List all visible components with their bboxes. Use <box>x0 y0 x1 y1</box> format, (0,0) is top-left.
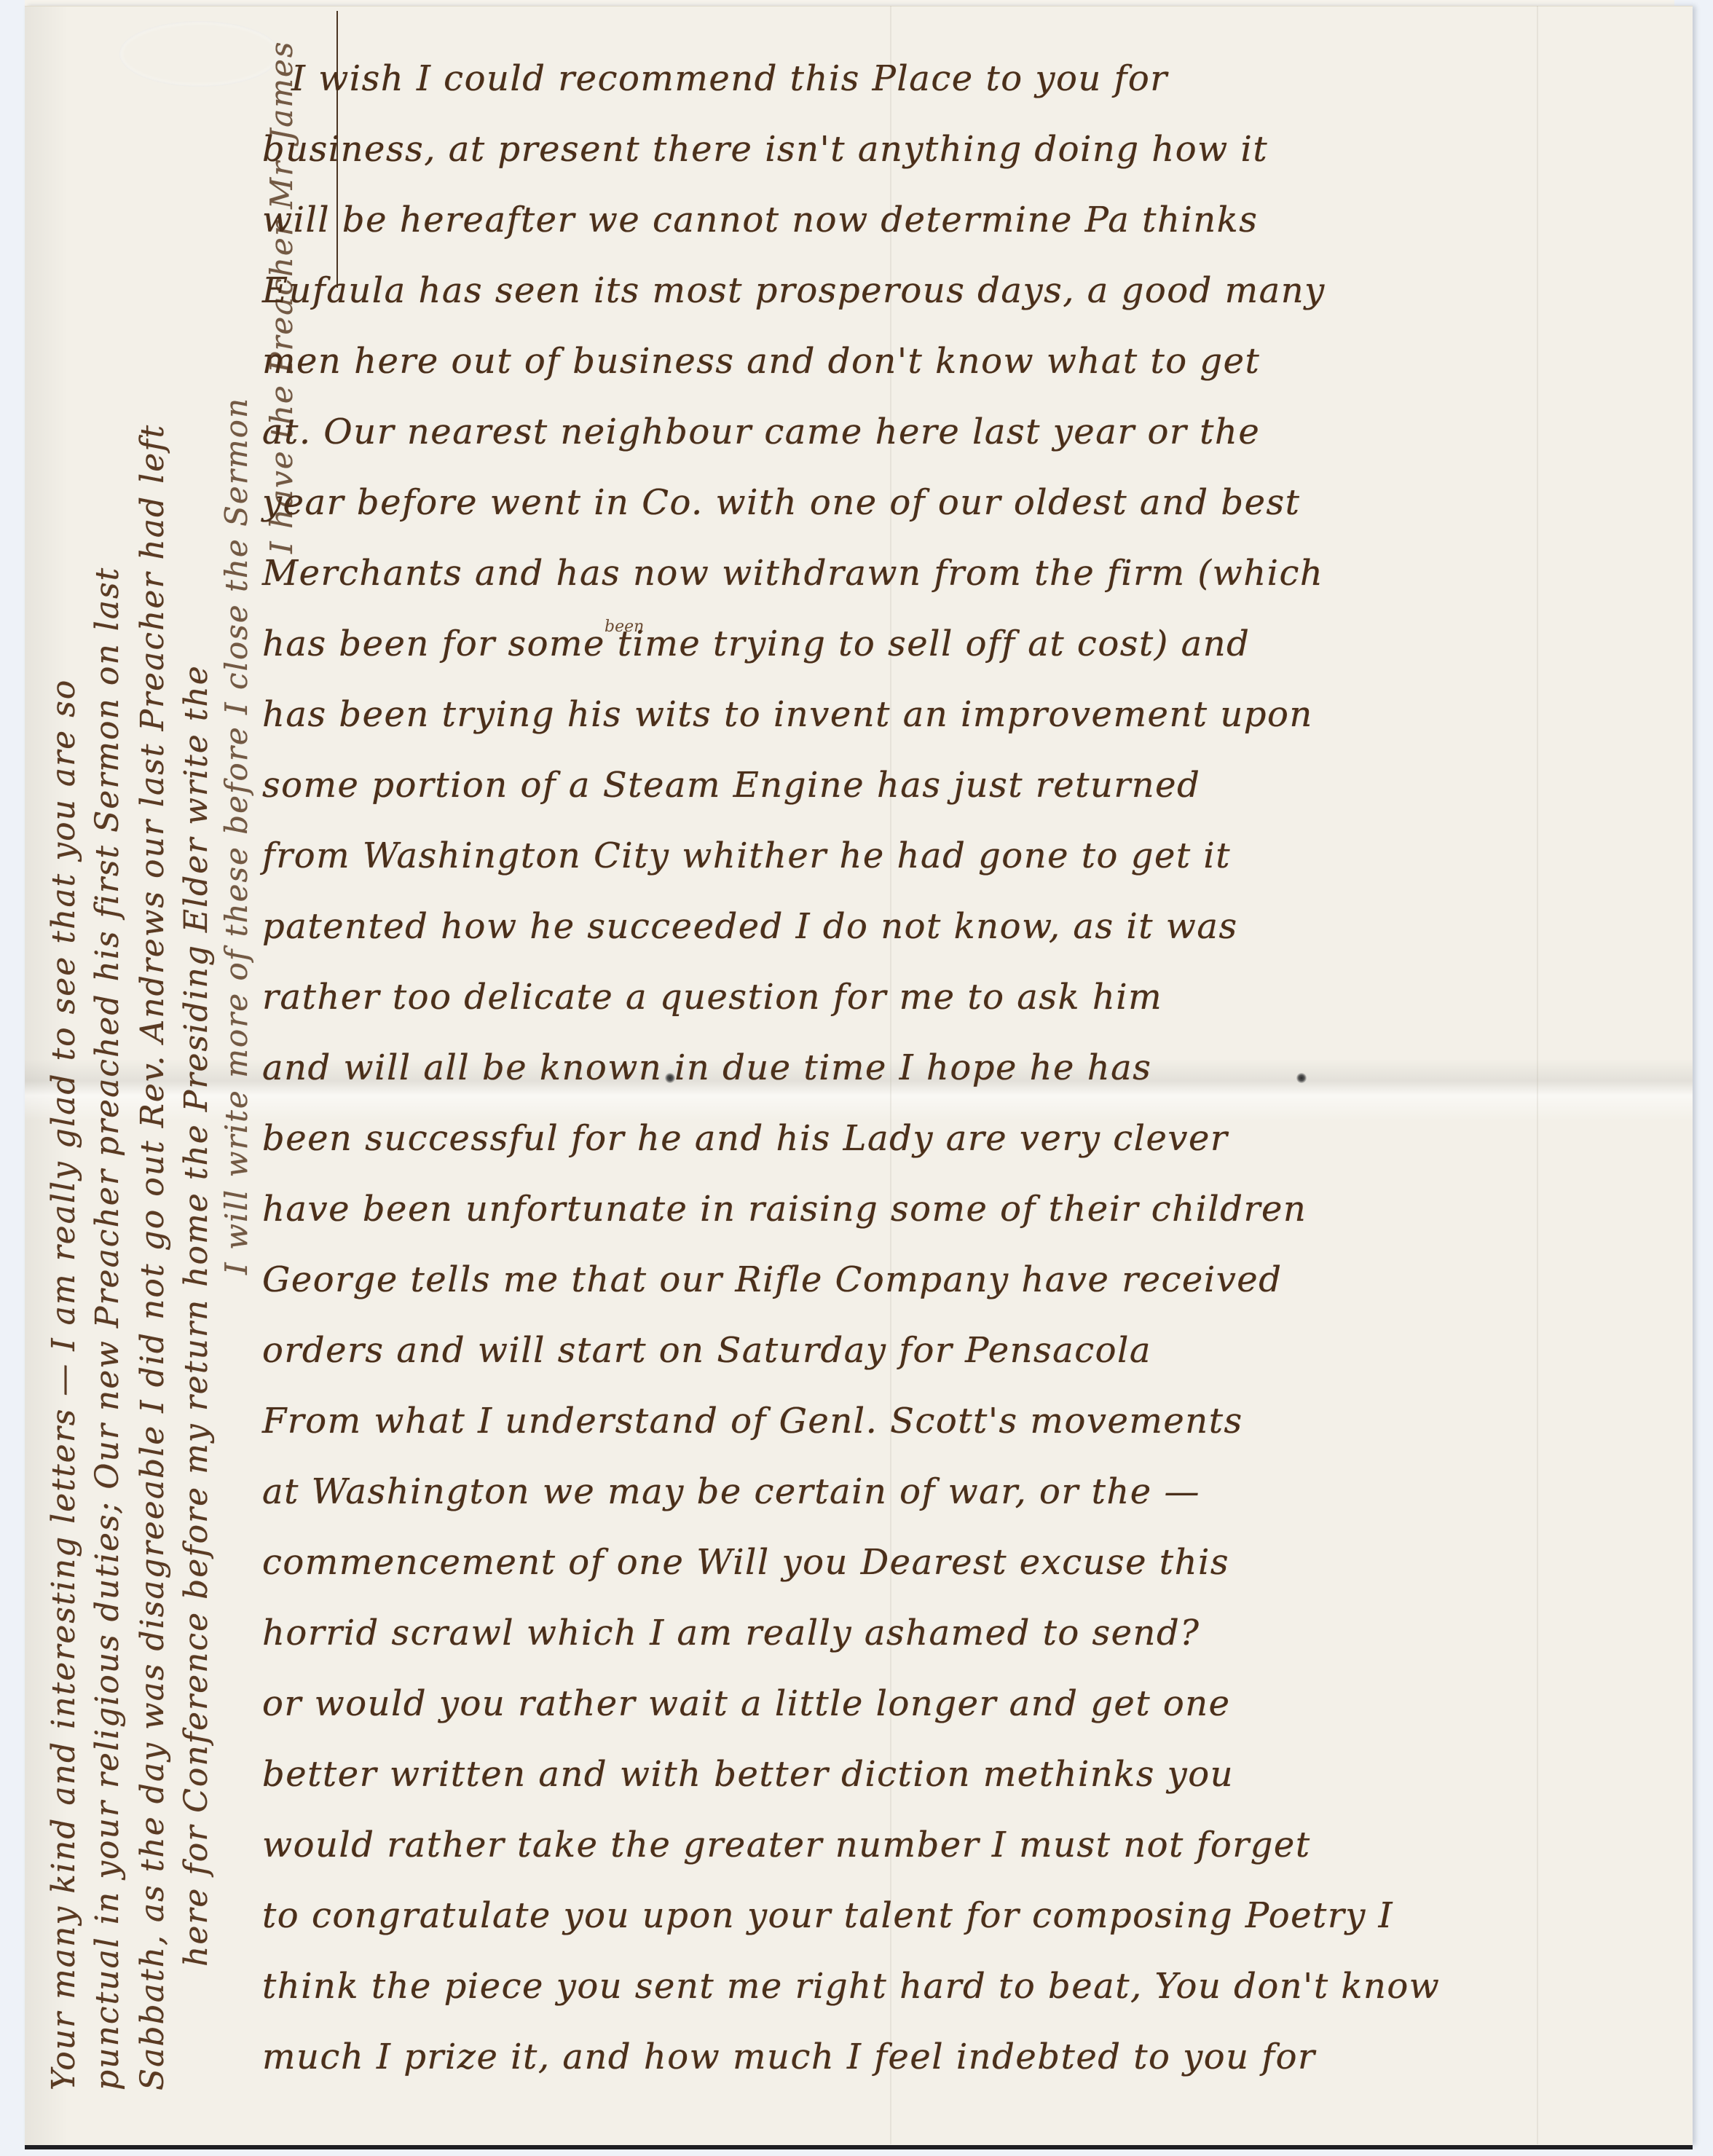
letter-line: to congratulate you upon your talent for… <box>262 1881 1653 1951</box>
letter-line: have been unfortunate in raising some of… <box>262 1174 1653 1245</box>
margin-text-column: Sabbath, as the day was disagreeable I d… <box>134 424 171 2090</box>
letter-line: George tells me that our Rifle Company h… <box>262 1245 1653 1315</box>
letter-line: or would you rather wait a little longer… <box>262 1669 1653 1739</box>
letter-line: would rather take the greater number I m… <box>262 1810 1653 1881</box>
letter-line: horrid scrawl which I am really ashamed … <box>262 1598 1653 1669</box>
letter-line: men here out of business and don't know … <box>262 326 1653 397</box>
letter-line: Merchants and has now withdrawn from the… <box>262 538 1653 609</box>
margin-text-column: here for Conference before my return hom… <box>178 664 215 1967</box>
letter-line: year before went in Co. with one of our … <box>262 468 1653 538</box>
margin-text-column: punctual in your religious duties; Our n… <box>89 567 126 2090</box>
letter-line: will be hereafter we cannot now determin… <box>262 185 1653 256</box>
letter-line: from Washington City whither he had gone… <box>262 821 1653 892</box>
letter-line: at. Our nearest neighbour came here last… <box>262 397 1653 468</box>
letter-line: some portion of a Steam Engine has just … <box>262 750 1653 821</box>
letter-line: patented how he succeeded I do not know,… <box>262 892 1653 962</box>
letter-line: orders and will start on Saturday for Pe… <box>262 1315 1653 1386</box>
letter-line: at Washington we may be certain of war, … <box>262 1457 1653 1527</box>
letter-line: rather too delicate a question for me to… <box>262 962 1653 1033</box>
letter-line: has been for some time trying to sell of… <box>262 609 1653 680</box>
letter-line: Eufaula has seen its most prosperous day… <box>262 256 1653 326</box>
embossed-stationery-mark <box>119 21 280 87</box>
margin-text-column: Your many kind and interesting letters —… <box>45 679 82 2090</box>
letter-line: business, at present there isn't anythin… <box>262 114 1653 185</box>
letter-line: and will all be known in due time I hope… <box>262 1033 1653 1103</box>
letter-line: think the piece you sent me right hard t… <box>262 1951 1653 2022</box>
letter-line: I wish I could recommend this Place to y… <box>262 44 1653 114</box>
letter-body: I wish I could recommend this Place to y… <box>262 44 1653 2093</box>
letter-line: commencement of one Will you Dearest exc… <box>262 1527 1653 1598</box>
letter-line: better written and with better diction m… <box>262 1739 1653 1810</box>
margin-text-column-crosswritten: I will write more of these before I clos… <box>218 397 254 1275</box>
letter-line: From what I understand of Genl. Scott's … <box>262 1386 1653 1457</box>
letter-line: much I prize it, and how much I feel ind… <box>262 2022 1653 2093</box>
letter-line: has been trying his wits to invent an im… <box>262 680 1653 750</box>
letter-line: been successful for he and his Lady are … <box>262 1103 1653 1174</box>
